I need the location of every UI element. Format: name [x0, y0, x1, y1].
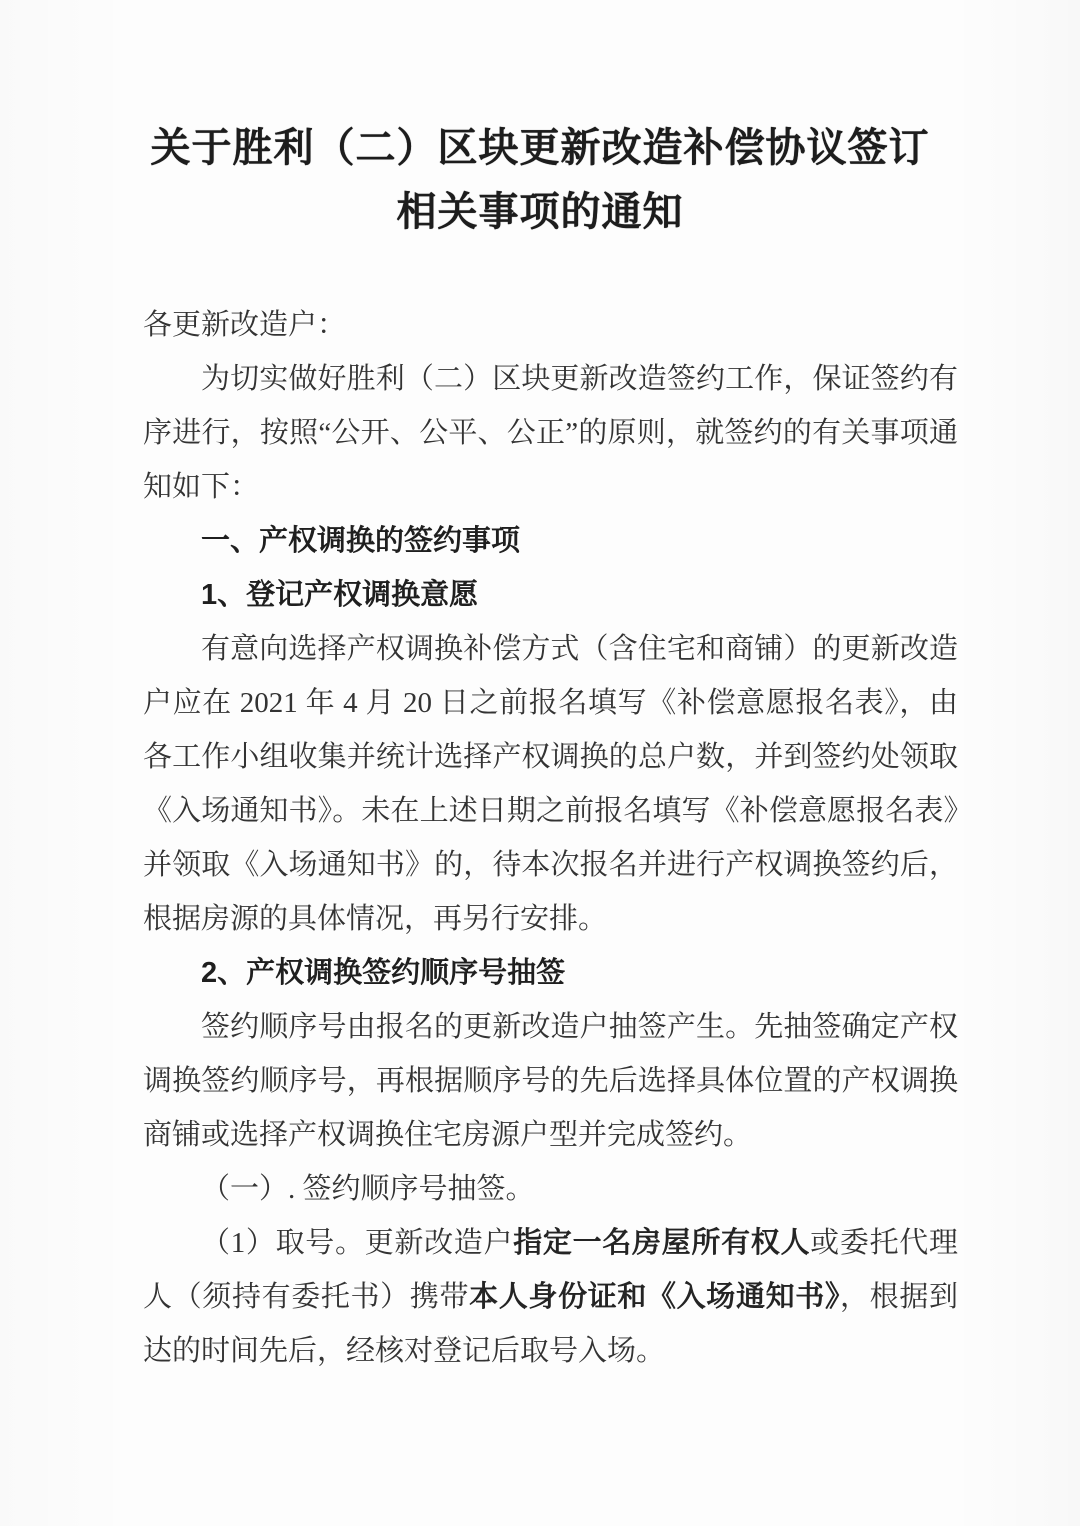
- list-item-2-text: （1）取号。更新改造户: [201, 1227, 513, 1259]
- document-title-line1: 关于胜利（二）区块更新改造补偿协议签订: [151, 125, 930, 170]
- list-item-2-emphasis: 指定一名房屋所有权人: [513, 1227, 810, 1259]
- list-item-2-emphasis: 本人身份证和《入场通知书》: [469, 1281, 840, 1313]
- document-page: 关于胜利（二）区块更新改造补偿协议签订相关事项的通知 各更新改造户： 为切实做好…: [0, 0, 1080, 1526]
- document-title-line2: 相关事项的通知: [397, 189, 684, 234]
- list-item-2: （1）取号。更新改造户指定一名房屋所有权人或委托代理人（须持有委托书）携带本人身…: [143, 1216, 958, 1378]
- list-item-1: （一）. 签约顺序号抽签。: [143, 1162, 958, 1216]
- section-1-1-paragraph: 有意向选择产权调换补偿方式（含住宅和商铺）的更新改造户应在 2021 年 4 月…: [143, 622, 958, 946]
- section-1-heading: 一、产权调换的签约事项: [143, 514, 958, 568]
- section-1-2-heading: 2、产权调换签约顺序号抽签: [143, 946, 958, 1000]
- intro-paragraph: 为切实做好胜利（二）区块更新改造签约工作，保证签约有序进行，按照“公开、公平、公…: [143, 352, 958, 514]
- document-title: 关于胜利（二）区块更新改造补偿协议签订相关事项的通知: [70, 116, 1010, 244]
- document-body: 各更新改造户： 为切实做好胜利（二）区块更新改造签约工作，保证签约有序进行，按照…: [143, 298, 958, 1378]
- section-1-2-paragraph: 签约顺序号由报名的更新改造户抽签产生。先抽签确定产权调换签约顺序号，再根据顺序号…: [143, 1000, 958, 1162]
- section-1-1-heading: 1、登记产权调换意愿: [143, 568, 958, 622]
- salutation: 各更新改造户：: [143, 298, 958, 352]
